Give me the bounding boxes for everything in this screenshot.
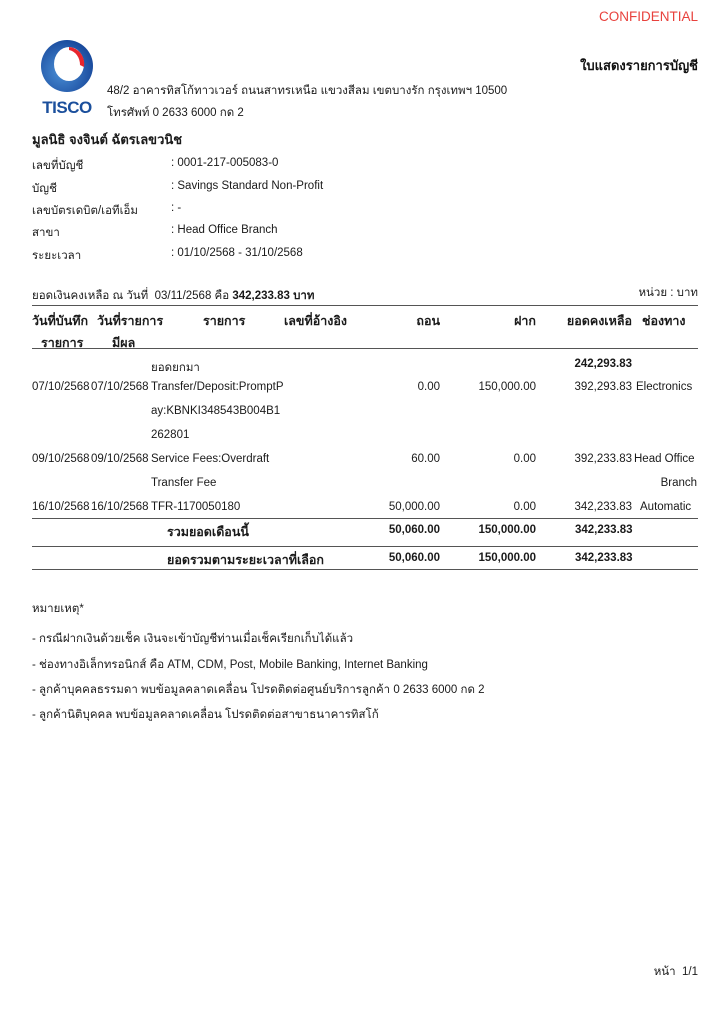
header-reference: เลขที่อ้างอิง — [284, 311, 347, 331]
row1-effective-date: 07/10/2568 — [91, 381, 149, 393]
account-type-label: บัญชี — [32, 180, 57, 198]
row2-description-line2: Transfer Fee — [151, 477, 216, 489]
branch-label: สาขา — [32, 224, 60, 242]
month-total-top-rule — [32, 518, 698, 519]
period-label: ระยะเวลา — [32, 247, 81, 265]
note-item-3: - ลูกค้าบุคคลธรรมดา พบข้อมูลคลาดเคลื่อน … — [32, 681, 485, 699]
bank-phone: โทรศัพท์ 0 2633 6000 กด 2 — [107, 104, 244, 122]
tisco-logo: TISCO — [36, 36, 98, 118]
svg-text:TISCO: TISCO — [42, 98, 92, 117]
row3-deposit: 0.00 — [446, 501, 536, 513]
period-total-deposit: 150,000.00 — [446, 552, 536, 564]
period-total-top-rule — [32, 546, 698, 547]
month-total-deposit: 150,000.00 — [446, 524, 536, 536]
notes-title: หมายเหตุ* — [32, 600, 84, 618]
row2-effective-date: 09/10/2568 — [91, 453, 149, 465]
opening-balance-value: 242,293.83 — [560, 358, 632, 370]
row2-channel-line2: Branch — [630, 477, 697, 489]
row2-channel-line1: Head Office — [634, 453, 695, 465]
period-total-balance: 342,233.83 — [575, 552, 633, 564]
card-number-label: เลขบัตรเดบิต/เอทีเอ็ม — [32, 202, 138, 220]
currency-unit: หน่วย : บาท — [638, 284, 698, 302]
table-bottom-rule — [32, 569, 698, 570]
opening-balance-label: ยอดยกมา — [151, 359, 200, 377]
month-total-balance: 342,233.83 — [575, 524, 633, 536]
row1-channel: Electronics — [636, 381, 692, 393]
note-item-4: - ลูกค้านิติบุคคล พบข้อมูลคลาดเคลื่อน โป… — [32, 706, 379, 724]
row1-balance: 392,293.83 — [545, 381, 632, 393]
header-description: รายการ — [203, 311, 245, 331]
row3-effective-date: 16/10/2568 — [91, 501, 149, 513]
row2-balance: 392,233.83 — [545, 453, 632, 465]
period-total-withdraw: 50,060.00 — [360, 552, 440, 564]
row3-record-date: 16/10/2568 — [32, 501, 90, 513]
month-total-withdraw: 50,060.00 — [360, 524, 440, 536]
header-effective-date-line2: มีผล — [112, 333, 135, 353]
card-number-value: : - — [171, 202, 181, 214]
account-type-value: : Savings Standard Non-Profit — [171, 180, 323, 192]
period-value: : 01/10/2568 - 31/10/2568 — [171, 247, 303, 259]
row2-record-date: 09/10/2568 — [32, 453, 90, 465]
row2-description-line1: Service Fees:Overdraft — [151, 453, 269, 465]
note-item-1: - กรณีฝากเงินด้วยเช็ค เงินจะเข้าบัญชีท่า… — [32, 630, 353, 648]
period-total-label: ยอดรวมตามระยะเวลาที่เลือก — [167, 550, 324, 570]
balance-summary: ยอดเงินคงเหลือ ณ วันที่ 03/11/2568 คือ 3… — [32, 287, 314, 305]
balance-amount: 342,233.83 บาท — [232, 290, 314, 302]
row1-description-line2: ay:KBNKI348543B004B1 — [151, 405, 280, 417]
page-number: หน้า 1/1 — [654, 963, 698, 981]
row1-withdraw: 0.00 — [360, 381, 440, 393]
row1-record-date: 07/10/2568 — [32, 381, 90, 393]
balance-prefix: ยอดเงินคงเหลือ ณ วันที่ 03/11/2568 คือ — [32, 290, 232, 302]
account-number-value: : 0001-217-005083-0 — [171, 157, 278, 169]
row1-description-line3: 262801 — [151, 429, 189, 441]
header-channel: ช่องทาง — [642, 311, 685, 331]
row2-withdraw: 60.00 — [360, 453, 440, 465]
row3-description-line1: TFR-1170050180 — [151, 501, 240, 513]
table-top-rule — [32, 305, 698, 306]
branch-value: : Head Office Branch — [171, 224, 278, 236]
header-effective-date: วันที่รายการ — [97, 311, 163, 331]
account-holder-name: มูลนิธิ จงจินต์ ฉัตรเลขวนิช — [32, 129, 182, 150]
header-deposit: ฝาก — [476, 311, 536, 331]
header-record-date-line2: รายการ — [41, 333, 83, 353]
header-bottom-rule — [32, 348, 698, 349]
document-title: ใบแสดงรายการบัญชี — [580, 55, 698, 76]
row1-deposit: 150,000.00 — [446, 381, 536, 393]
account-number-label: เลขที่บัญชี — [32, 157, 83, 175]
tisco-logo-icon: TISCO — [36, 36, 98, 118]
month-total-label: รวมยอดเดือนนี้ — [167, 522, 249, 542]
header-withdraw: ถอน — [380, 311, 440, 331]
header-record-date: วันที่บันทึก — [32, 311, 88, 331]
bank-address: 48/2 อาคารทิสโก้ทาวเวอร์ ถนนสาทรเหนือ แข… — [107, 82, 507, 100]
note-item-2: - ช่องทางอิเล็กทรอนิกส์ คือ ATM, CDM, Po… — [32, 656, 428, 674]
row3-balance: 342,233.83 — [545, 501, 632, 513]
header-balance: ยอดคงเหลือ — [560, 311, 632, 331]
row3-withdraw: 50,000.00 — [360, 501, 440, 513]
row1-description-line1: Transfer/Deposit:PromptP — [151, 381, 284, 393]
confidential-label: CONFIDENTIAL — [599, 9, 698, 24]
row3-channel: Automatic — [640, 501, 691, 513]
row2-deposit: 0.00 — [446, 453, 536, 465]
